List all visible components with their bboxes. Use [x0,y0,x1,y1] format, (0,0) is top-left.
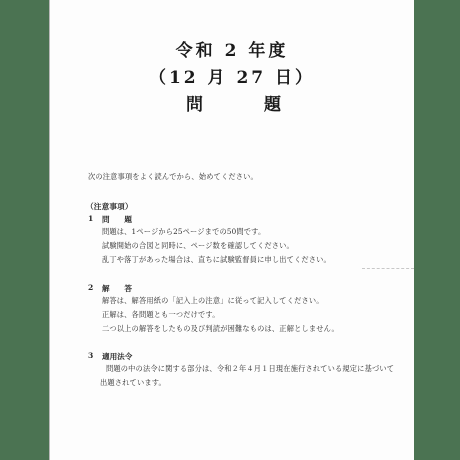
section-1-title-left: 問 [102,214,110,225]
exam-year-title: 令和 2 年度 [50,36,414,61]
section-1-line-2: 試験開始の合図と同時に、ページ数を確認してください。 [102,241,294,251]
section-2-title-right: 答 [124,283,132,294]
section-2-line-2: 正解は、各問題とも一つだけです。 [102,310,220,320]
section-1-title-right: 題 [124,214,132,225]
title-char-right: 題 [264,90,284,115]
section-1-title: 問 題 [102,214,132,225]
notes-heading: （注意事項） [86,201,133,212]
section-3-number: 3 [88,351,93,360]
section-2-number: 2 [88,283,93,292]
exam-paper: 令和 2 年度 （12 月 27 日） 問 題 次の注意事項をよく読んでから、始… [49,0,414,460]
section-1-line-1: 問題は、1ページから25ページまでの50問です。 [102,227,265,237]
section-2-title: 解 答 [102,283,132,294]
intro-instruction: 次の注意事項をよく読んでから、始めてください。 [88,172,258,182]
title-char-left: 問 [186,90,206,115]
section-3-line-2: 出題されています。 [100,378,166,388]
exam-date-title: （12 月 27 日） [50,63,414,88]
section-3-title: 適用法令 [102,351,132,362]
section-2-line-3: 二つ以上の解答をしたもの及び判読が困難なものは、正解としません。 [102,324,339,334]
section-1-line-3: 乱丁や落丁があった場合は、直ちに試験監督員に申し出てください。 [102,255,331,265]
section-2-line-1: 解答は、解答用紙の「記入上の注意」に従って記入してください。 [102,296,324,306]
section-2-title-left: 解 [102,283,110,294]
exam-questions-title: 問 題 [186,90,284,115]
section-3-line-1: 問題の中の法令に関する部分は、令和２年４月１日現在施行されている規定に基づいて [106,364,394,374]
section-1-number: 1 [88,214,93,223]
